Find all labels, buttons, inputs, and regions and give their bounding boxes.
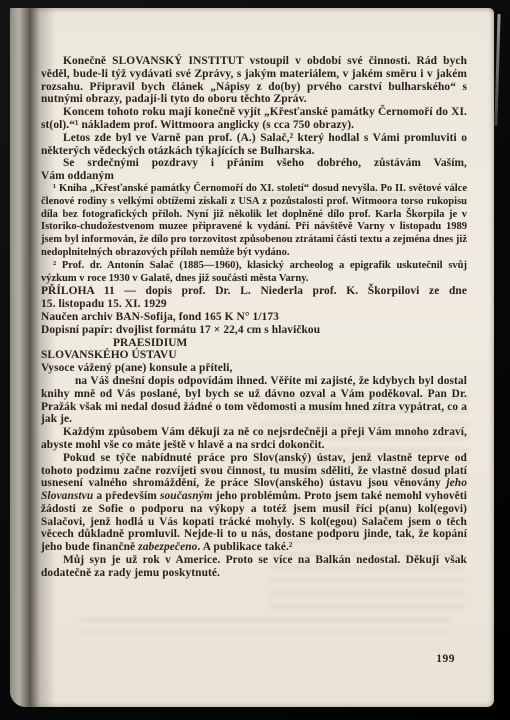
closing-line: Se srdečnými pozdravy i přáním všeho dob… <box>41 157 467 170</box>
page-number: 199 <box>436 653 455 665</box>
page-content: Konečně SLOVANSKÝ INSTITUT vstoupil v ob… <box>41 55 467 580</box>
annex-heading-line1: PŘÍLOHA 11 — dopis prof. Dr. L. Niederla… <box>41 285 467 298</box>
scan-background: Konečně SLOVANSKÝ INSTITUT vstoupil v ob… <box>0 0 510 720</box>
closing-signature: Vám oddaným <box>41 170 467 183</box>
footnote-2: ² Prof. dr. Antonín Salač (1885—1960), k… <box>41 260 467 286</box>
annex-heading-line2: 15. listopadu 15. XI. 1929 <box>41 298 467 311</box>
letter-paragraph-4: Můj syn je už rok v Americe. Proto se ví… <box>41 554 467 580</box>
paragraph-koncem-roku: Koncem tohoto roku mají konečně vyjít „K… <box>41 106 467 132</box>
archive-reference: Naučen archiv BAN-Sofija, fond 165 K N° … <box>41 311 467 324</box>
letterhead-slovansky-ustav: SLOVANSKÉHO ÚSTAVU <box>41 349 467 362</box>
page-stack-edge <box>494 14 500 126</box>
footnote-1: ¹ Kniha „Křesťanské památky Černomoří do… <box>41 183 467 260</box>
letter-paragraph-2: Každým způsobem Vám děkuji za ně co nejs… <box>41 426 467 452</box>
paragraph-letos-varna: Letos zde byl ve Varně pan prof. (A.) Sa… <box>41 132 467 158</box>
annex-heading-block: PŘÍLOHA 11 — dopis prof. Dr. L. Niederla… <box>41 285 467 362</box>
letter-paragraph-3: Pokud se týče nabídnuté práce pro Slov(a… <box>41 452 467 554</box>
paragraph-slovansky-institut: Konečně SLOVANSKÝ INSTITUT vstoupil v ob… <box>41 55 467 106</box>
letterhead-praesidium: PRAESIDIUM <box>41 337 467 350</box>
paper-format-note: Dopisní papír: dvojlist formátu 17 × 22,… <box>41 324 467 337</box>
book-page: Konečně SLOVANSKÝ INSTITUT vstoupil v ob… <box>10 8 494 707</box>
letter-paragraph-1: na Váš dnešní dopis odpovídám ihned. Věř… <box>41 375 467 426</box>
letter-salutation: Vysoce vážený p(ane) konsule a příteli, <box>41 362 467 375</box>
showthrough-smudge <box>80 618 450 633</box>
